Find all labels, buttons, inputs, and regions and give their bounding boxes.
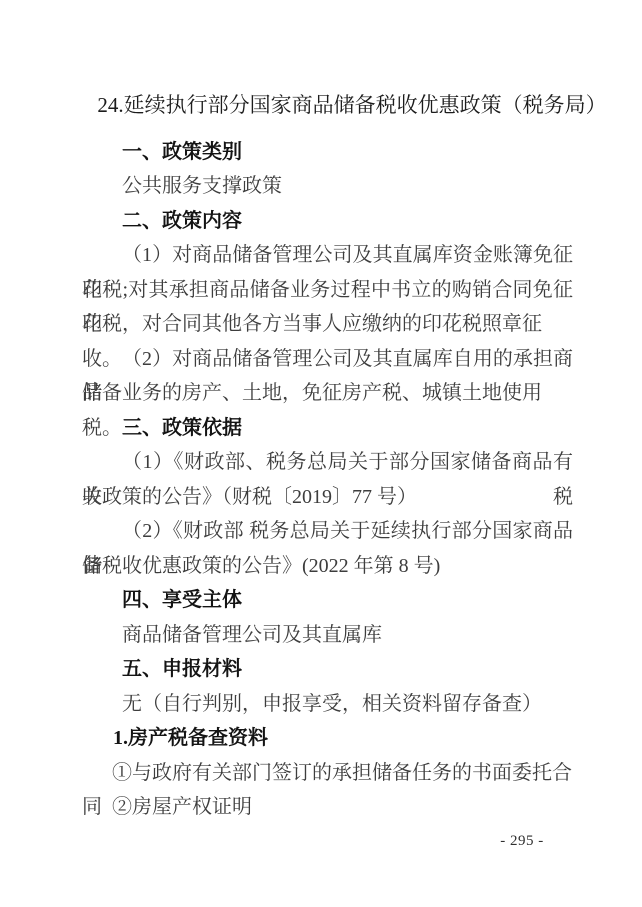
text-line: 三、政策依据 [82, 411, 573, 446]
paragraph-policy-basis-2: （2）《财政部 税务总局关于延续执行部分国家商品储备税收优惠政策的公告》(202… [82, 514, 573, 583]
paragraph-policy-category: 公共服务支撑政策 [82, 169, 573, 204]
text-line: 24.延续执行部分国家商品储备税收优惠政策（税务局） [92, 88, 612, 123]
text-line: （1）对商品储备管理公司及其直属库资金账簿免征印 [82, 238, 573, 273]
list-item-entrust-contract: ①与政府有关部门签订的承担储备任务的书面委托合同 [82, 756, 573, 791]
section-heading-filing-materials: 五、申报材料 [82, 652, 573, 687]
text-line: （2）对商品储备管理公司及其直属库自用的承担商品 [82, 342, 573, 377]
text-line: （1）《财政部、税务总局关于部分国家储备商品有关税 [82, 445, 573, 480]
document-title: 24.延续执行部分国家商品储备税收优惠政策（税务局） [92, 88, 612, 123]
text-line: 公共服务支撑政策 [82, 169, 573, 204]
paragraph-policy-basis-1: （1）《财政部、税务总局关于部分国家储备商品有关税收政策的公告》（财税〔2019… [82, 445, 573, 514]
document-content: 24.延续执行部分国家商品储备税收优惠政策（税务局）一、政策类别公共服务支撑政策… [82, 88, 573, 825]
section-heading-policy-basis: 三、政策依据 [82, 411, 573, 446]
page-number: - 295 - [457, 831, 587, 851]
paragraph-policy-content-2: （2）对商品储备管理公司及其直属库自用的承担商品储备业务的房产、土地，免征房产税… [82, 342, 573, 411]
subsection-heading-property-tax-materials: 1.房产税备查资料 [82, 721, 573, 756]
text-line: 储备业务的房产、土地，免征房产税、城镇土地使用税。 [82, 376, 573, 411]
list-item-property-certificate: ②房屋产权证明 [82, 790, 573, 825]
text-line: 四、享受主体 [82, 583, 573, 618]
text-line: 一、政策类别 [82, 135, 573, 170]
text-line: 1.房产税备查资料 [82, 721, 573, 756]
section-heading-beneficiary: 四、享受主体 [82, 583, 573, 618]
paragraph-beneficiary: 商品储备管理公司及其直属库 [82, 618, 573, 653]
text-line: ②房屋产权证明 [82, 790, 573, 825]
text-line: 花税，对合同其他各方当事人应缴纳的印花税照章征收。 [82, 307, 573, 342]
text-line: （2）《财政部 税务总局关于延续执行部分国家商品储 [82, 514, 573, 549]
section-heading-policy-content: 二、政策内容 [82, 204, 573, 239]
section-heading-policy-category: 一、政策类别 [82, 135, 573, 170]
paragraph-filing-materials: 无（自行判别，申报享受，相关资料留存备查） [82, 687, 573, 722]
text-line: 无（自行判别，申报享受，相关资料留存备查） [82, 687, 573, 722]
text-line: ①与政府有关部门签订的承担储备任务的书面委托合同 [82, 756, 573, 791]
text-line: 五、申报材料 [82, 652, 573, 687]
text-line: 二、政策内容 [82, 204, 573, 239]
document-page: 24.延续执行部分国家商品储备税收优惠政策（税务局）一、政策类别公共服务支撑政策… [0, 0, 642, 907]
text-line: 备税收优惠政策的公告》(2022 年第 8 号) [82, 549, 573, 584]
paragraph-policy-content-1: （1）对商品储备管理公司及其直属库资金账簿免征印花税;对其承担商品储备业务过程中… [82, 238, 573, 342]
text-line: 商品储备管理公司及其直属库 [82, 618, 573, 653]
text-line: 花税;对其承担商品储备业务过程中书立的购销合同免征印 [82, 273, 573, 308]
